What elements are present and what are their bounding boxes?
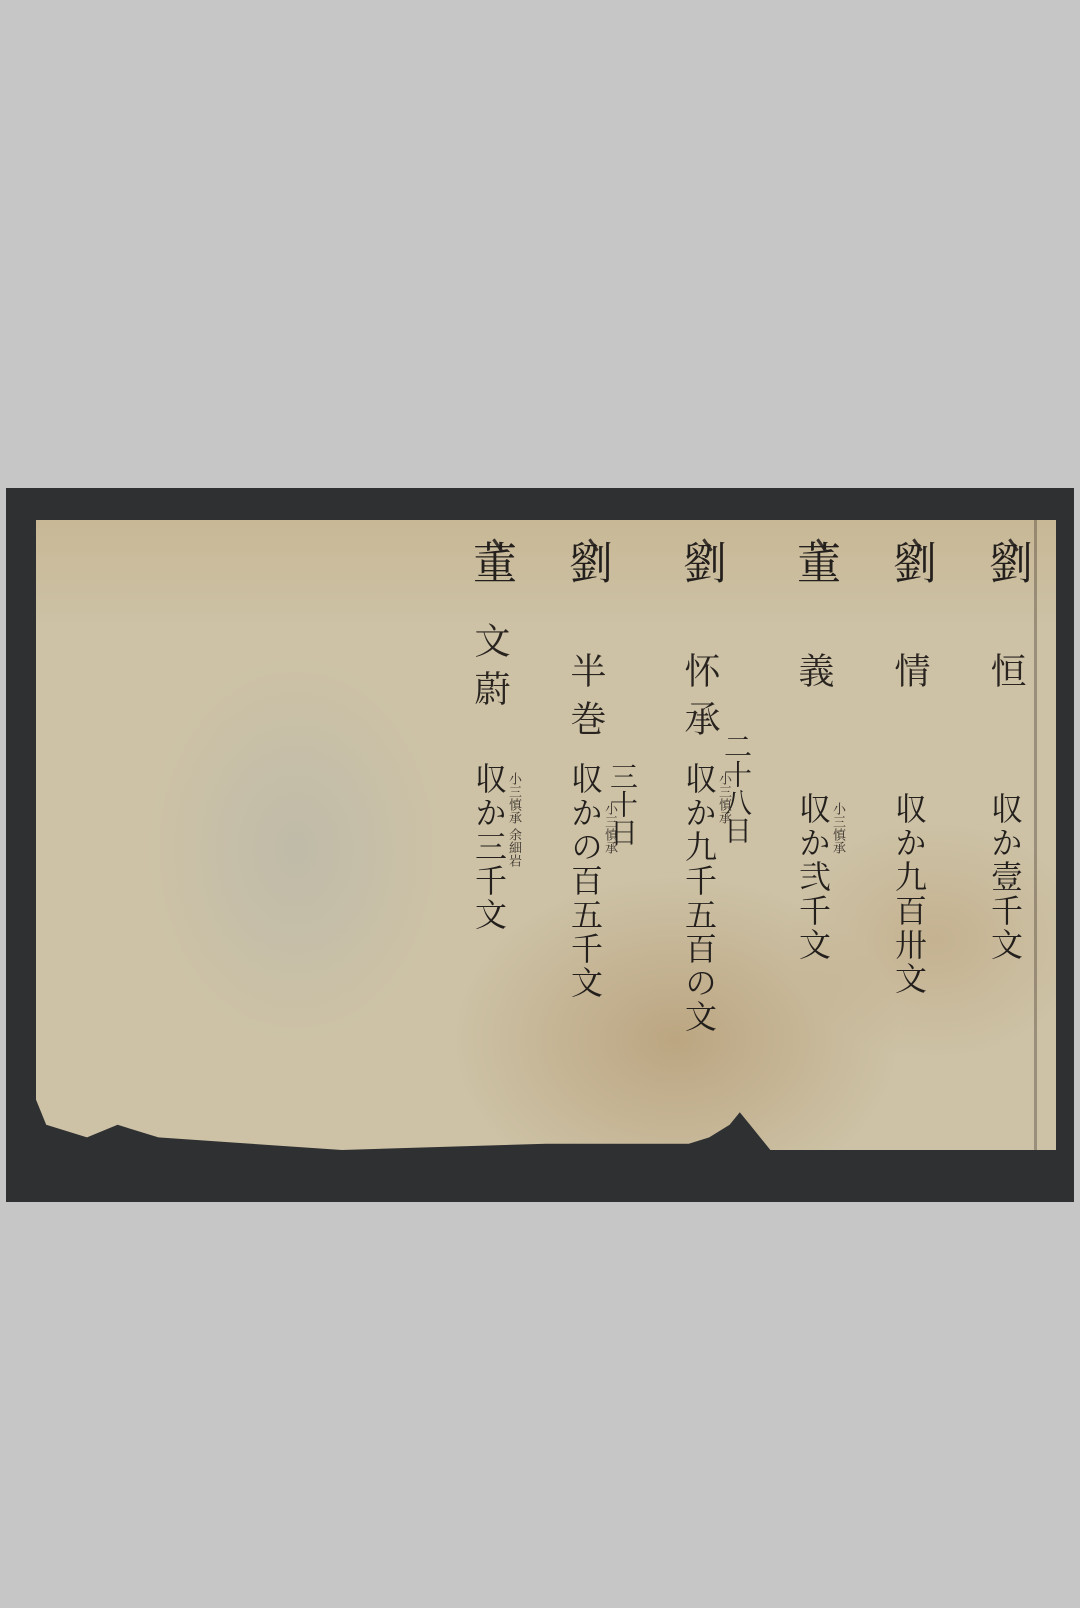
dark-mounting-board: 劉 恒 収か壹千文 劉 情 収か九百卅文 董 義 収か弐千文 小三慎承 <box>6 488 1074 1202</box>
ledger-paper: 劉 恒 収か壹千文 劉 情 収か九百卅文 董 義 収か弐千文 小三慎承 <box>36 520 1056 1150</box>
entry-column: 劉 情 収か九百卅文 <box>868 532 930 1132</box>
entry-given-name: 情 <box>884 652 935 700</box>
entry-surname: 劉 <box>974 540 1038 584</box>
entry-surname: 劉 <box>878 540 942 584</box>
ledger-columns: 劉 恒 収か壹千文 劉 情 収か九百卅文 董 義 収か弐千文 小三慎承 <box>448 532 1026 1132</box>
entry-note: 小三慎承 余細岩 <box>504 772 523 867</box>
entry-surname: 董 <box>782 540 846 584</box>
date-label: 三十日 <box>602 762 642 846</box>
entry-note: 小三慎承 <box>828 802 847 854</box>
entry-given-name: 恒 <box>980 652 1031 700</box>
entry-amount: 収か壹千文 <box>982 792 1028 962</box>
entry-given-name: 文蔚 <box>464 622 515 718</box>
entry-given-name: 義 <box>788 652 839 700</box>
binding-fold-line <box>1034 520 1037 1150</box>
date-label: 二十八日 <box>716 732 756 844</box>
entry-surname: 劉 <box>668 540 732 584</box>
entry-column: 劉 半巻 収かの百五千文 小三慎承 三十日 <box>544 532 624 1132</box>
entry-column: 董 文蔚 収か三千文 小三慎承 余細岩 <box>448 532 510 1132</box>
entry-column: 劉 怀承 収か九千五百の文 小三慎承 二十八日 <box>658 532 738 1132</box>
entry-column: 劉 恒 収か壹千文 <box>964 532 1026 1132</box>
entry-surname: 劉 <box>554 540 618 584</box>
entry-amount: 収か九百卅文 <box>886 792 932 996</box>
entry-given-name: 半巻 <box>560 652 611 748</box>
entry-column: 董 義 収か弐千文 小三慎承 <box>772 532 834 1132</box>
entry-surname: 董 <box>458 540 522 584</box>
